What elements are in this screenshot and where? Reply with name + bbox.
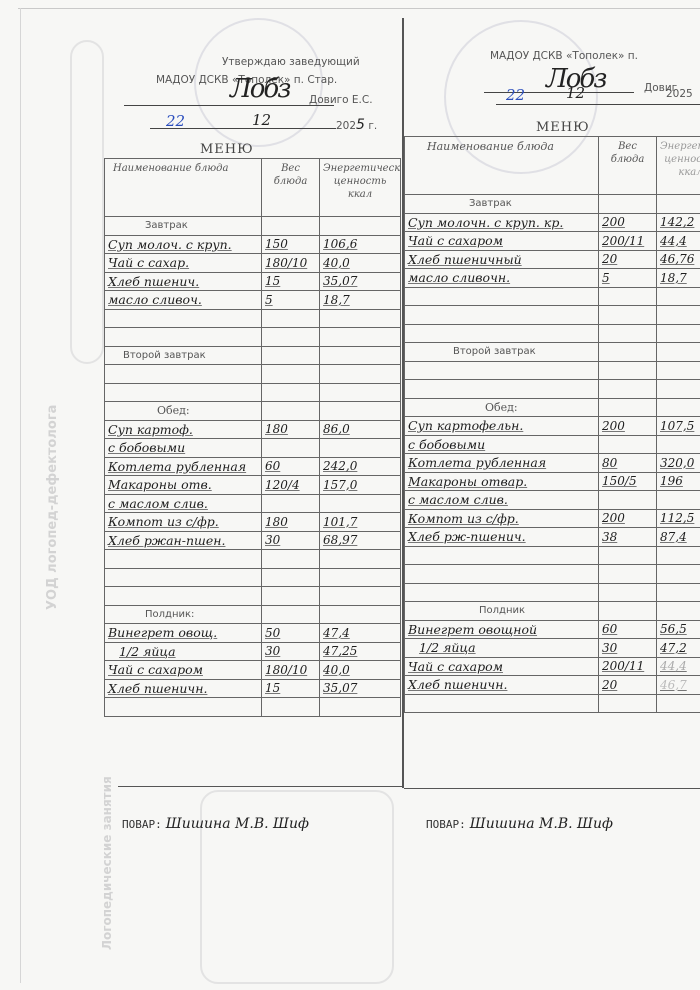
dish-weight: 15	[262, 272, 320, 291]
signature-line	[124, 105, 334, 106]
cook-label: ПОВАР:	[122, 818, 162, 831]
dish-kcal: 87,4	[657, 528, 700, 547]
dish-kcal: 47,2	[657, 639, 700, 658]
dish-weight: 15	[262, 679, 320, 698]
dish-name: Котлета рубленная	[105, 457, 262, 476]
dish-name: с бобовыми	[405, 435, 599, 454]
dish-weight: 120/4	[262, 476, 320, 495]
section-breakfast: Завтрак	[405, 195, 599, 214]
dish-weight: 80	[599, 454, 657, 473]
dish-weight: 200	[599, 509, 657, 528]
dish-weight: 50	[262, 624, 320, 643]
table-row: Хлеб пшенич.1535,07	[105, 272, 401, 291]
column-header-kcal: Энергетическая ценность ккал	[657, 137, 700, 195]
dish-kcal: 35,07	[320, 679, 401, 698]
dish-name: Хлеб рж-пшенич.	[405, 528, 599, 547]
dish-name: с маслом слив.	[405, 491, 599, 510]
dish-kcal: 47,4	[320, 624, 401, 643]
dish-weight: 150/5	[599, 472, 657, 491]
dish-name: Хлеб пшеничн.	[405, 676, 599, 695]
dish-name: Компот из с/фр.	[405, 509, 599, 528]
dish-weight: 200/11	[599, 232, 657, 251]
dish-name: Хлеб ржан-пшен.	[105, 531, 262, 550]
dish-kcal: 44,4	[657, 232, 700, 251]
dish-name: Хлеб пшеничн.	[105, 679, 262, 698]
cook-label: ПОВАР:	[426, 818, 466, 831]
table-row: Суп картоф.18086,0	[105, 420, 401, 439]
dish-weight: 60	[262, 457, 320, 476]
dish-weight: 180/10	[262, 661, 320, 680]
dish-weight: 30	[262, 531, 320, 550]
table-row: Хлеб рж-пшенич.3887,4	[405, 528, 700, 547]
date-line	[150, 128, 336, 129]
dish-weight: 30	[599, 639, 657, 658]
table-row: масло сливоч.518,7	[105, 291, 401, 310]
dish-weight	[262, 439, 320, 458]
bleed-through-text: УОД логопед-дефектолога	[45, 405, 60, 610]
dish-kcal: 47,25	[320, 642, 401, 661]
menu-table: Наименование блюда Вес блюда Энергетичес…	[104, 158, 401, 717]
table-row: Хлеб пшеничный2046,76	[405, 250, 700, 269]
dish-kcal: 86,0	[320, 420, 401, 439]
dish-name: Чай с сахаром	[405, 657, 599, 676]
dish-kcal: 320,0	[657, 454, 700, 473]
section-lunch: Обед:	[105, 402, 262, 421]
dish-name: 1/2 яйца	[405, 639, 599, 658]
column-header-kcal: Энергетическая ценность ккал	[320, 159, 401, 217]
menu-table: Наименование блюда Вес блюда Энергетичес…	[404, 136, 700, 713]
dish-name: масло сливочн.	[405, 269, 599, 288]
cook-signature-line: ПОВАР:Шишина М.В. Шиф	[426, 816, 613, 832]
dish-weight	[599, 491, 657, 510]
dish-weight: 180	[262, 513, 320, 532]
dish-weight: 200	[599, 213, 657, 232]
dish-name: Суп картоф.	[105, 420, 262, 439]
dish-weight: 180/10	[262, 254, 320, 273]
dish-kcal: 101,7	[320, 513, 401, 532]
table-row: 1/2 яйца3047,25	[105, 642, 401, 661]
table-row: с бобовыми	[405, 435, 700, 454]
date-year-prefix: 202	[336, 120, 356, 132]
table-row: Чай с сахаром180/1040,0	[105, 661, 401, 680]
table-row: с бобовыми	[105, 439, 401, 458]
dish-name: Хлеб пшенич.	[105, 272, 262, 291]
approval-line-3: Довиго Е.С.	[309, 94, 373, 106]
dish-kcal: 196	[657, 472, 700, 491]
dish-weight: 60	[599, 620, 657, 639]
dish-kcal	[657, 435, 700, 454]
paper-edge	[20, 8, 21, 983]
dish-kcal: 142,2	[657, 213, 700, 232]
approval-line-1: Утверждаю заведующий	[222, 56, 360, 68]
table-row: Винегрет овощной6056,5	[405, 620, 700, 639]
dish-kcal: 106,6	[320, 235, 401, 254]
dish-weight	[599, 435, 657, 454]
dish-weight	[262, 494, 320, 513]
dish-kcal: 242,0	[320, 457, 401, 476]
section-afternoon-snack: Полдник:	[105, 605, 262, 624]
dish-weight: 180	[262, 420, 320, 439]
dish-name: Винегрет овощной	[405, 620, 599, 639]
section-second-breakfast: Второй завтрак	[405, 343, 599, 362]
dish-name: Суп молоч. с круп.	[105, 235, 262, 254]
table-row: Чай с сахар.180/1040,0	[105, 254, 401, 273]
dish-name: Макароны отв.	[105, 476, 262, 495]
dish-name: Компот из с/фр.	[105, 513, 262, 532]
dish-weight: 20	[599, 676, 657, 695]
section-second-breakfast: Второй завтрак	[105, 346, 262, 365]
dish-kcal: 68,97	[320, 531, 401, 550]
column-header-weight: Вес блюда	[262, 159, 320, 217]
table-row: 1/2 яйца3047,2	[405, 639, 700, 658]
dish-weight: 150	[262, 235, 320, 254]
date-month: 12	[252, 111, 271, 129]
dish-name: Хлеб пшеничный	[405, 250, 599, 269]
dish-kcal: 46,7	[657, 676, 700, 695]
dish-name: Суп картофельн.	[405, 417, 599, 436]
dish-kcal: 56,5	[657, 620, 700, 639]
dish-name: Котлета рубленная	[405, 454, 599, 473]
table-row: Суп картофельн.200107,5	[405, 417, 700, 436]
table-row: Компот из с/фр.200112,5	[405, 509, 700, 528]
dish-name: Чай с сахаром	[405, 232, 599, 251]
section-afternoon-snack: Полдник	[405, 602, 599, 621]
dish-kcal	[320, 439, 401, 458]
section-breakfast: Завтрак	[105, 217, 262, 236]
table-row: Суп молочн. с круп. кр.200142,2	[405, 213, 700, 232]
dish-weight: 38	[599, 528, 657, 547]
dish-kcal: 157,0	[320, 476, 401, 495]
table-row: Компот из с/фр.180101,7	[105, 513, 401, 532]
dish-name: с маслом слив.	[105, 494, 262, 513]
date-month: 12	[566, 84, 585, 102]
frame-line	[118, 786, 402, 787]
table-row: Макароны отв.120/4157,0	[105, 476, 401, 495]
dish-name: с бобовыми	[105, 439, 262, 458]
dish-kcal: 46,76	[657, 250, 700, 269]
dish-weight: 5	[599, 269, 657, 288]
cook-signature-line: ПОВАР:Шишина М.В. Шиф	[122, 816, 309, 832]
dish-name: Макароны отвар.	[405, 472, 599, 491]
approval-line-2: МАДОУ ДСКВ «Тополек» п.	[490, 50, 638, 62]
table-row: Чай с сахаром200/1144,4	[405, 657, 700, 676]
cook-name: Шишина М.В. Шиф	[470, 816, 613, 832]
bleed-through-frame	[70, 40, 104, 364]
dish-name: масло сливоч.	[105, 291, 262, 310]
dish-kcal	[657, 491, 700, 510]
column-header-weight: Вес блюда	[599, 137, 657, 195]
dish-kcal: 18,7	[320, 291, 401, 310]
table-row: с маслом слив.	[105, 494, 401, 513]
table-row: масло сливочн.518,7	[405, 269, 700, 288]
dish-weight: 200	[599, 417, 657, 436]
date-line	[496, 104, 700, 105]
dish-name: Чай с сахар.	[105, 254, 262, 273]
date-year-digit: 5	[356, 117, 365, 133]
dish-kcal: 40,0	[320, 254, 401, 273]
director-signature: Лобз	[230, 74, 289, 104]
date-day: 22	[506, 86, 525, 104]
cook-name: Шишина М.В. Шиф	[166, 816, 309, 832]
table-row: Хлеб пшеничн.2046,7	[405, 676, 700, 695]
section-lunch: Обед:	[405, 398, 599, 417]
dish-kcal: 107,5	[657, 417, 700, 436]
dish-kcal: 112,5	[657, 509, 700, 528]
date-suffix: г.	[368, 120, 377, 132]
menu-title: МЕНЮ	[200, 142, 254, 157]
date-year: 2025	[666, 88, 693, 100]
dish-kcal: 18,7	[657, 269, 700, 288]
table-row: Хлеб пшеничн.1535,07	[105, 679, 401, 698]
table-row: Чай с сахаром200/1144,4	[405, 232, 700, 251]
dish-kcal: 44,4	[657, 657, 700, 676]
table-row: Винегрет овощ.5047,4	[105, 624, 401, 643]
dish-kcal: 40,0	[320, 661, 401, 680]
table-row: с маслом слив.	[405, 491, 700, 510]
dish-weight: 30	[262, 642, 320, 661]
paper-edge	[18, 8, 700, 9]
table-row: Котлета рубленная60242,0	[105, 457, 401, 476]
dish-name: Суп молочн. с круп. кр.	[405, 213, 599, 232]
dish-name: Винегрет овощ.	[105, 624, 262, 643]
table-row: Макароны отвар.150/5196	[405, 472, 700, 491]
menu-title: МЕНЮ	[536, 120, 590, 135]
frame-line	[404, 788, 700, 789]
dish-kcal	[320, 494, 401, 513]
date-year: 2025 г.	[336, 117, 377, 133]
bleed-through-text: Логопедические занятия	[100, 776, 114, 950]
dish-kcal: 35,07	[320, 272, 401, 291]
dish-weight: 20	[599, 250, 657, 269]
column-header-dish: Наименование блюда	[105, 159, 262, 217]
dish-name: Чай с сахаром	[105, 661, 262, 680]
dish-name: 1/2 яйца	[105, 642, 262, 661]
column-header-dish: Наименование блюда	[405, 137, 599, 195]
table-row: Хлеб ржан-пшен.3068,97	[105, 531, 401, 550]
dish-weight: 5	[262, 291, 320, 310]
dish-weight: 200/11	[599, 657, 657, 676]
table-row: Котлета рубленная80320,0	[405, 454, 700, 473]
table-row: Суп молоч. с круп.150106,6	[105, 235, 401, 254]
